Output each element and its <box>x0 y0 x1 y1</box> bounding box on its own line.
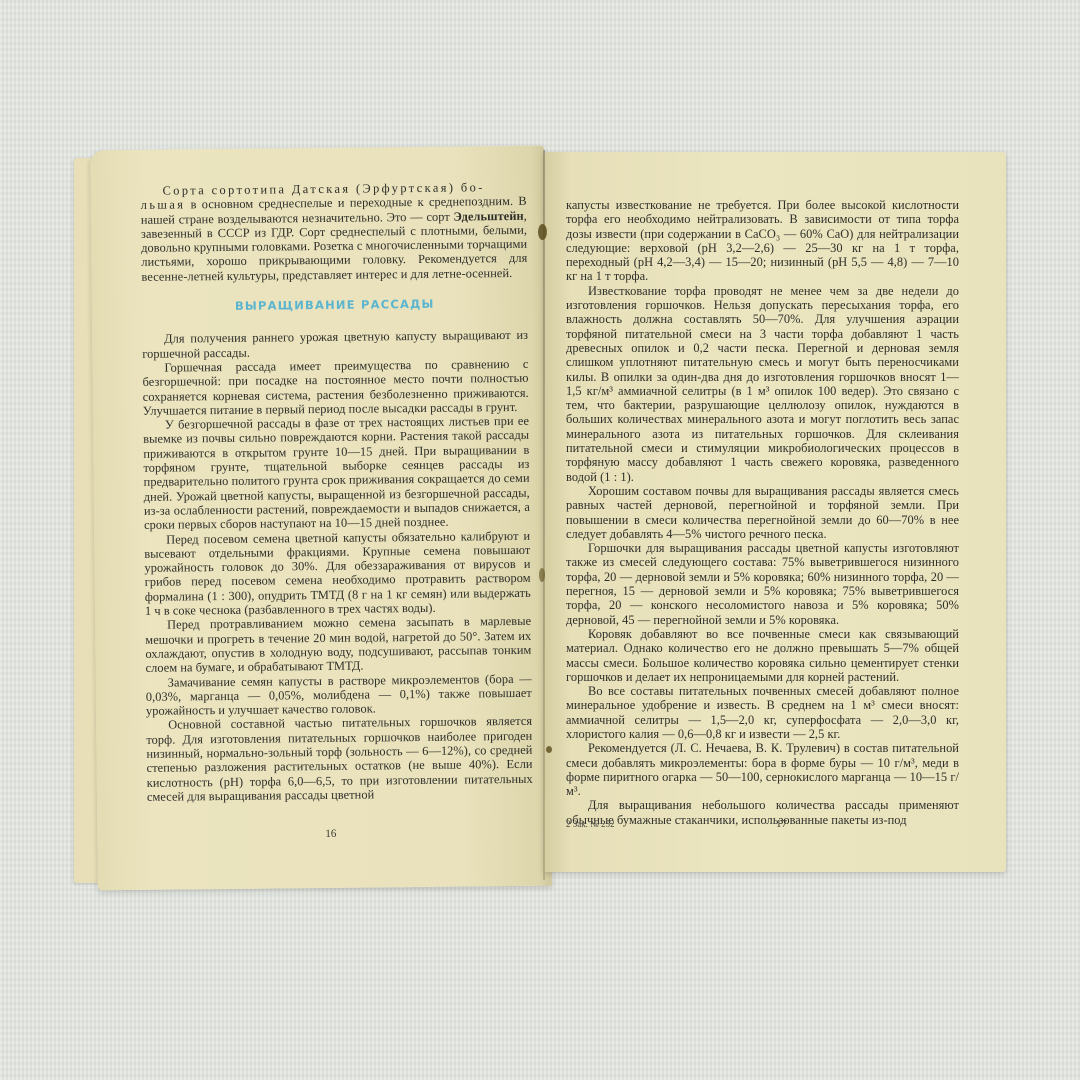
right-page: капусты известкование не требуется. При … <box>544 152 1006 872</box>
section-heading: ВЫРАЩИВАНИЕ РАССАДЫ <box>142 296 528 314</box>
printer-signature-mark: 2 Зак. № 252 <box>566 819 614 829</box>
paragraph: Хорошим составом почвы для выращивания р… <box>566 484 959 541</box>
paragraph: Для получения раннего урожая цветную кап… <box>142 328 528 361</box>
paragraph: Горшечная рассада имеет преимущества по … <box>142 357 529 418</box>
book-spine <box>543 150 545 880</box>
left-page: Сорта сортотипа Датская (Эрфуртская) бо-… <box>90 146 552 891</box>
spine-stain-mark <box>538 224 547 240</box>
paragraph: Рекомендуется (Л. С. Нечаева, В. К. Трул… <box>566 741 959 798</box>
variety-name: Эдельштейн <box>453 208 523 223</box>
spine-stain-mark <box>539 568 545 582</box>
paragraph: Перед протравливанием можно семена засып… <box>145 614 532 675</box>
paragraph: Замачивание семян капусты в растворе мик… <box>146 671 532 718</box>
paragraph: Коровяк добавляют во все почвенные смеси… <box>566 627 959 684</box>
paragraph: Для выращивания небольшого количества ра… <box>566 798 959 827</box>
paragraph: Основной составной частью питательных го… <box>146 714 533 804</box>
intro-spaced-line2: льшая <box>141 198 186 212</box>
paragraph: У безгоршечной рассады в фазе от трех на… <box>143 414 530 532</box>
intro-paragraph: Сорта сортотипа Датская (Эрфуртская) бо-… <box>140 180 527 284</box>
paragraph-continuation: капусты известкование не требуется. При … <box>566 198 959 284</box>
left-page-text: Сорта сортотипа Датская (Эрфуртская) бо-… <box>140 180 532 804</box>
open-book: Сорта сортотипа Датская (Эрфуртская) бо-… <box>0 0 1080 1080</box>
paragraph: Во все составы питательных почвенных сме… <box>566 684 959 741</box>
paragraph: Перед посевом семена цветной капусты обя… <box>144 528 531 618</box>
page-number-right: 17 <box>776 818 787 830</box>
page-number-left: 16 <box>325 828 336 840</box>
right-page-text: капусты известкование не требуется. При … <box>566 198 959 827</box>
paragraph: Горшочки для выращивания рассады цветной… <box>566 541 959 627</box>
spine-stain-mark <box>546 746 552 753</box>
paragraph: Известкование торфа проводят не менее че… <box>566 284 959 484</box>
